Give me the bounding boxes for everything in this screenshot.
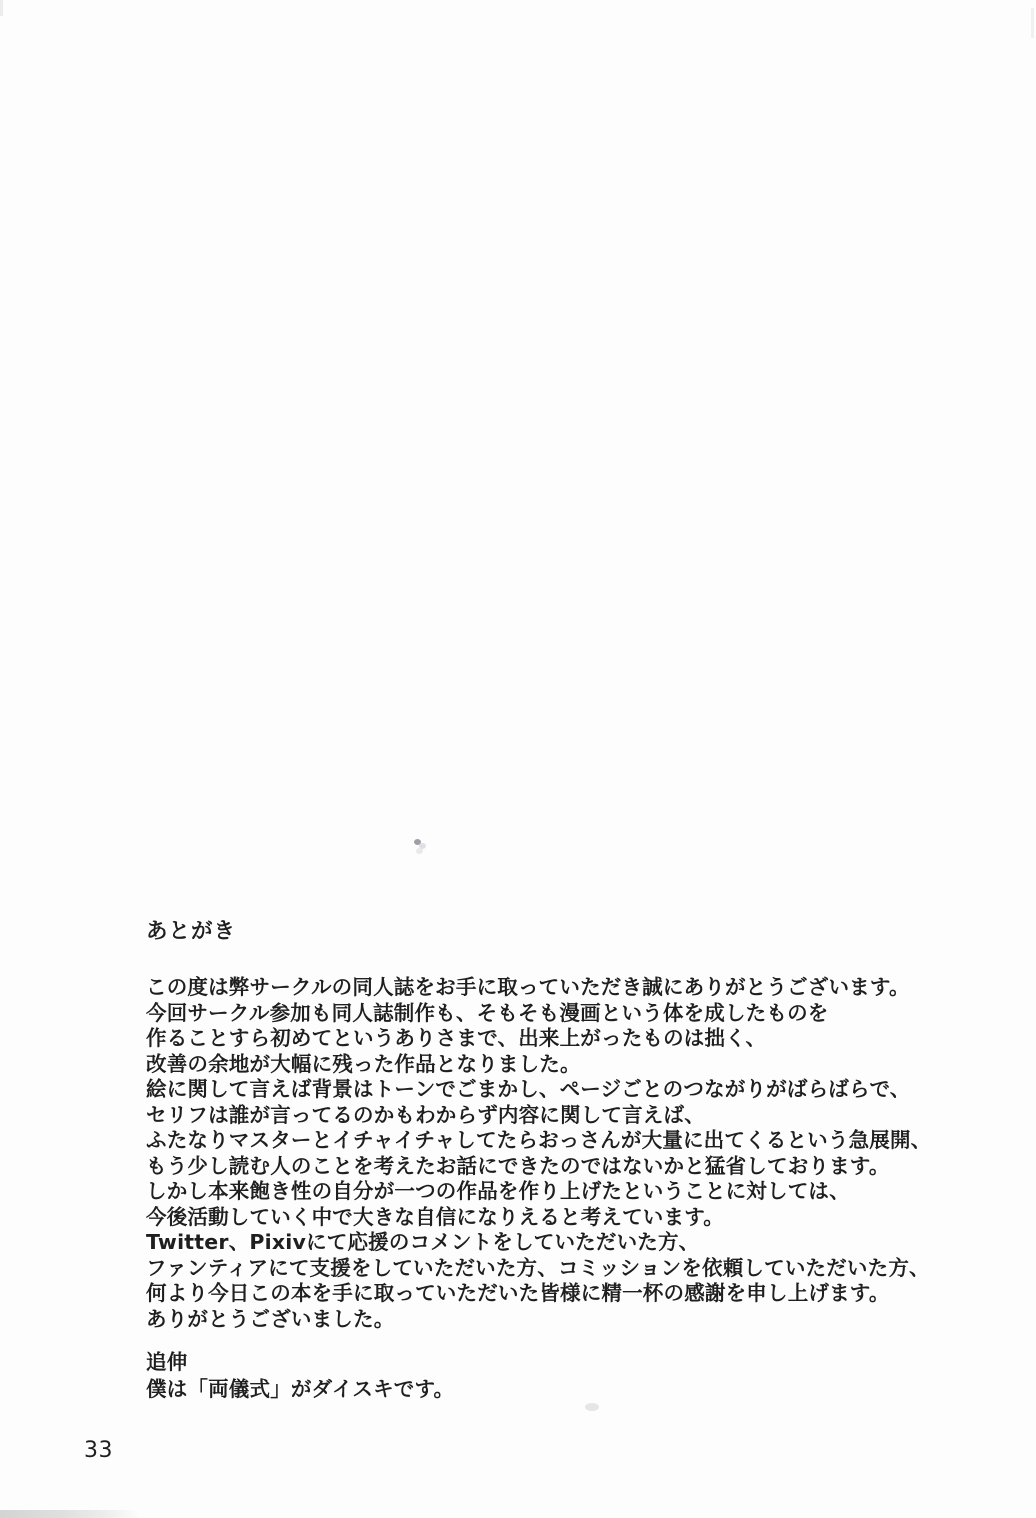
afterword-heading: あとがき (146, 918, 236, 946)
body-line: ファンティアにて支援をしていただいた方、コミッションを依頼していただいた方、 (146, 1256, 931, 1282)
afterword-body: この度は弊サークルの同人誌をお手に取っていただき誠にありがとうございます。 今回… (146, 975, 931, 1332)
body-line: ありがとうございました。 (146, 1307, 931, 1333)
scanned-doujinshi-page: あとがき この度は弊サークルの同人誌をお手に取っていただき誠にありがとうございま… (0, 0, 1036, 1518)
body-line: 絵に関して言えば背景はトーンでごまかし、ページごとのつながりがばらばらで、 (146, 1077, 931, 1103)
scan-artifact-edge (1031, 8, 1034, 38)
body-line: 改善の余地が大幅に残った作品となりました。 (146, 1052, 931, 1078)
body-line: 作ることすら初めてというありさまで、出来上がったものは拙く、 (146, 1026, 931, 1052)
body-line: 今後活動していく中で大きな自信になりえると考えています。 (146, 1205, 931, 1231)
page-number: 33 (84, 1438, 113, 1463)
body-line: ふたなりマスターとイチャイチャしてたらおっさんが大量に出てくるという急展開、 (146, 1128, 931, 1154)
scan-artifact-smudge (0, 1510, 140, 1518)
postscript-block: 追伸 僕は「両儀式」がダイスキです。 (146, 1349, 454, 1403)
scan-artifact-speck (414, 839, 421, 845)
body-line: この度は弊サークルの同人誌をお手に取っていただき誠にありがとうございます。 (146, 975, 931, 1001)
scan-artifact-speck (585, 1403, 599, 1411)
postscript-label: 追伸 (146, 1349, 454, 1376)
postscript-text: 僕は「両儀式」がダイスキです。 (146, 1376, 454, 1403)
body-line: しかし本来飽き性の自分が一つの作品を作り上げたということに対しては、 (146, 1179, 931, 1205)
scan-artifact-edge (0, 0, 3, 16)
body-line: 今回サークル参加も同人誌制作も、そもそも漫画という体を成したものを (146, 1001, 931, 1027)
body-line: もう少し読む人のことを考えたお話にできたのではないかと猛省しております。 (146, 1154, 931, 1180)
body-line: 何より今日この本を手に取っていただいた皆様に精一杯の感謝を申し上げます。 (146, 1281, 931, 1307)
body-line: Twitter、Pixivにて応援のコメントをしていただいた方、 (146, 1230, 931, 1256)
body-line: セリフは誰が言ってるのかもわからず内容に関して言えば、 (146, 1103, 931, 1129)
